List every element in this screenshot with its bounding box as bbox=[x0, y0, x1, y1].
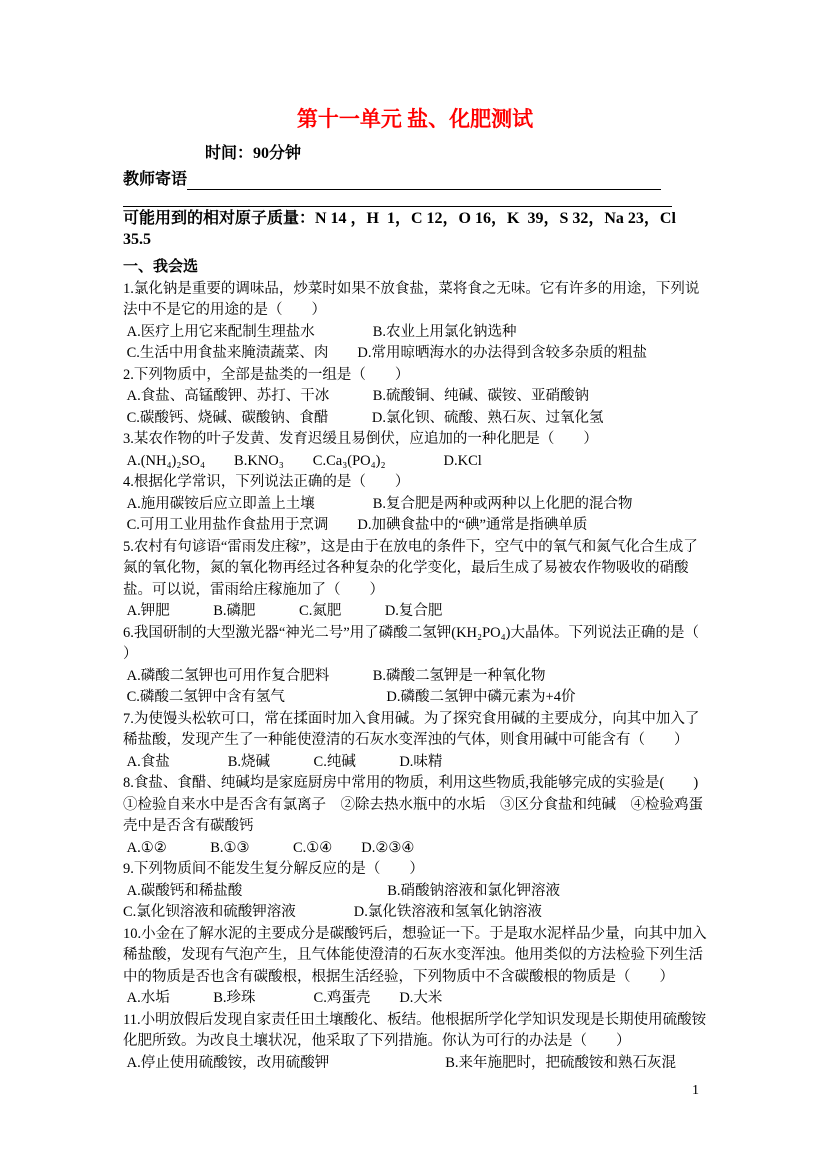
question-11-stem: 11.小明放假后发现自家责任田土壤酸化、板结。他根据所学化学知识发现是长期使用硫… bbox=[123, 1010, 707, 1053]
question-11-option-row-1: A.停止使用硫酸铵，改用硫酸钾 B.来年施肥时，把硫酸铵和熟石灰混 bbox=[123, 1053, 707, 1075]
question-11: 11.小明放假后发现自家责任田土壤酸化、板结。他根据所学化学知识发现是长期使用硫… bbox=[123, 1010, 707, 1075]
question-2-option-row-1: A.食盐、高锰酸钾、苏打、干冰 B.硫酸铜、纯碱、碳铵、亚硝酸钠 bbox=[123, 386, 707, 408]
question-3-stem: 3.某农作物的叶子发黄、发育迟缓且易倒伏，应追加的一种化肥是（ ） bbox=[123, 429, 707, 451]
teacher-message-blank-line bbox=[187, 170, 661, 190]
question-2-option-row-2: C.碳酸钙、烧碱、碳酸钠、食醋 D.氯化钡、硫酸、熟石灰、过氧化氢 bbox=[123, 408, 707, 430]
question-10-option-row-1: A.水垢 B.珍珠 C.鸡蛋壳 D.大米 bbox=[123, 988, 707, 1010]
question-5-option-row-1: A.钾肥 B.磷肥 C.氮肥 D.复合肥 bbox=[123, 601, 707, 623]
question-4-option-row-2: C.可用工业用盐作食盐用于烹调 D.加碘食盐中的“碘”通常是指碘单质 bbox=[123, 515, 707, 537]
question-4: 4.根据化学常识，下列说法正确的是（ ） A.施用碳铵后应立即盖上土壤 B.复合… bbox=[123, 472, 707, 537]
question-1-option-row-2: C.生活中用食盐来腌渍蔬菜、肉 D.常用晾晒海水的办法得到含较多杂质的粗盐 bbox=[123, 343, 707, 365]
page-title: 第十一单元 盐、化肥测试 bbox=[123, 106, 707, 132]
question-3-option-row-1: A.(NH₄)₂SO₄ B.KNO₃ C.Ca₃(PO₄)₂ D.KCl bbox=[123, 451, 707, 473]
question-6-stem: 6.我国研制的大型激光器“神光二号”用了磷酸二氢钾(KH₂PO₄)大晶体。下列说… bbox=[123, 623, 707, 666]
question-10: 10.小金在了解水泥的主要成分是碳酸钙后，想验证一下。于是取水泥样品少量，向其中… bbox=[123, 924, 707, 1010]
teacher-message-label: 教师寄语 bbox=[123, 170, 187, 190]
question-8: 8.食盐、食醋、纯碱均是家庭厨房中常用的物质，利用这些物质,我能够完成的实验是(… bbox=[123, 773, 707, 859]
question-6: 6.我国研制的大型激光器“神光二号”用了磷酸二氢钾(KH₂PO₄)大晶体。下列说… bbox=[123, 623, 707, 709]
duration-line: 时间：90分钟 bbox=[205, 144, 707, 164]
question-7-option-row-1: A.食盐 B.烧碱 C.纯碱 D.味精 bbox=[123, 752, 707, 774]
document-content: 第十一单元 盐、化肥测试 时间：90分钟 教师寄语 可能用到的相对原子质量：N … bbox=[123, 106, 707, 1074]
question-6-option-row-2: C.磷酸二氢钾中含有氢气 D.磷酸二氢钾中磷元素为+4价 bbox=[123, 687, 707, 709]
question-7: 7.为使馒头松软可口，常在揉面时加入食用碱。为了探究食用碱的主要成分，向其中加入… bbox=[123, 709, 707, 774]
question-9: 9.下列物质间不能发生复分解反应的是（ ） A.碳酸钙和稀盐酸 B.硝酸钠溶液和… bbox=[123, 859, 707, 924]
question-6-option-row-1: A.磷酸二氢钾也可用作复合肥料 B.磷酸二氢钾是一种氧化物 bbox=[123, 666, 707, 688]
question-2: 2.下列物质中，全部是盐类的一组是（ ） A.食盐、高锰酸钾、苏打、干冰 B.硫… bbox=[123, 365, 707, 430]
question-7-stem: 7.为使馒头松软可口，常在揉面时加入食用碱。为了探究食用碱的主要成分，向其中加入… bbox=[123, 709, 707, 752]
question-3: 3.某农作物的叶子发黄、发育迟缓且易倒伏，应追加的一种化肥是（ ） A.(NH₄… bbox=[123, 429, 707, 472]
question-1: 1.氯化钠是重要的调味品，炒菜时如果不放食盐，菜将食之无味。它有许多的用途，下列… bbox=[123, 279, 707, 365]
question-4-option-row-1: A.施用碳铵后应立即盖上土壤 B.复合肥是两种或两种以上化肥的混合物 bbox=[123, 494, 707, 516]
page-number: 1 bbox=[692, 1082, 699, 1100]
question-1-option-row-1: A.医疗上用它来配制生理盐水 B.农业上用氯化钠选种 bbox=[123, 322, 707, 344]
question-9-option-row-1: A.碳酸钙和稀盐酸 B.硝酸钠溶液和氯化钾溶液 bbox=[123, 881, 707, 903]
atomic-mass-line: 可能用到的相对原子质量：N 14 ，H 1，C 12，O 16，K 39，S 3… bbox=[123, 208, 707, 250]
question-9-option-row-2: C.氯化钡溶液和硫酸钾溶液 D.氯化铁溶液和氢氧化钠溶液 bbox=[123, 902, 707, 924]
question-4-stem: 4.根据化学常识，下列说法正确的是（ ） bbox=[123, 472, 707, 494]
question-1-stem: 1.氯化钠是重要的调味品，炒菜时如果不放食盐，菜将食之无味。它有许多的用途，下列… bbox=[123, 279, 707, 322]
question-8-option-row-1: A.①② B.①③ C.①④ D.②③④ bbox=[123, 838, 707, 860]
question-2-stem: 2.下列物质中，全部是盐类的一组是（ ） bbox=[123, 365, 707, 387]
test-paper-page: 第十一单元 盐、化肥测试 时间：90分钟 教师寄语 可能用到的相对原子质量：N … bbox=[0, 0, 827, 1170]
question-9-stem: 9.下列物质间不能发生复分解反应的是（ ） bbox=[123, 859, 707, 881]
section-one-title: 一、我会选 bbox=[123, 257, 707, 279]
question-5: 5.农村有句谚语“雷雨发庄稼”，这是由于在放电的条件下，空气中的氧气和氮气化合生… bbox=[123, 537, 707, 623]
question-5-stem: 5.农村有句谚语“雷雨发庄稼”，这是由于在放电的条件下，空气中的氧气和氮气化合生… bbox=[123, 537, 707, 602]
question-10-stem: 10.小金在了解水泥的主要成分是碳酸钙后，想验证一下。于是取水泥样品少量，向其中… bbox=[123, 924, 707, 989]
question-8-stem: 8.食盐、食醋、纯碱均是家庭厨房中常用的物质，利用这些物质,我能够完成的实验是(… bbox=[123, 773, 707, 795]
question-8-sub-items: ①检验自来水中是否含有氯离子 ②除去热水瓶中的水垢 ③区分食盐和纯碱 ④检验鸡蛋… bbox=[123, 795, 707, 838]
separator-line bbox=[123, 206, 672, 207]
teacher-message-row: 教师寄语 bbox=[123, 170, 707, 190]
